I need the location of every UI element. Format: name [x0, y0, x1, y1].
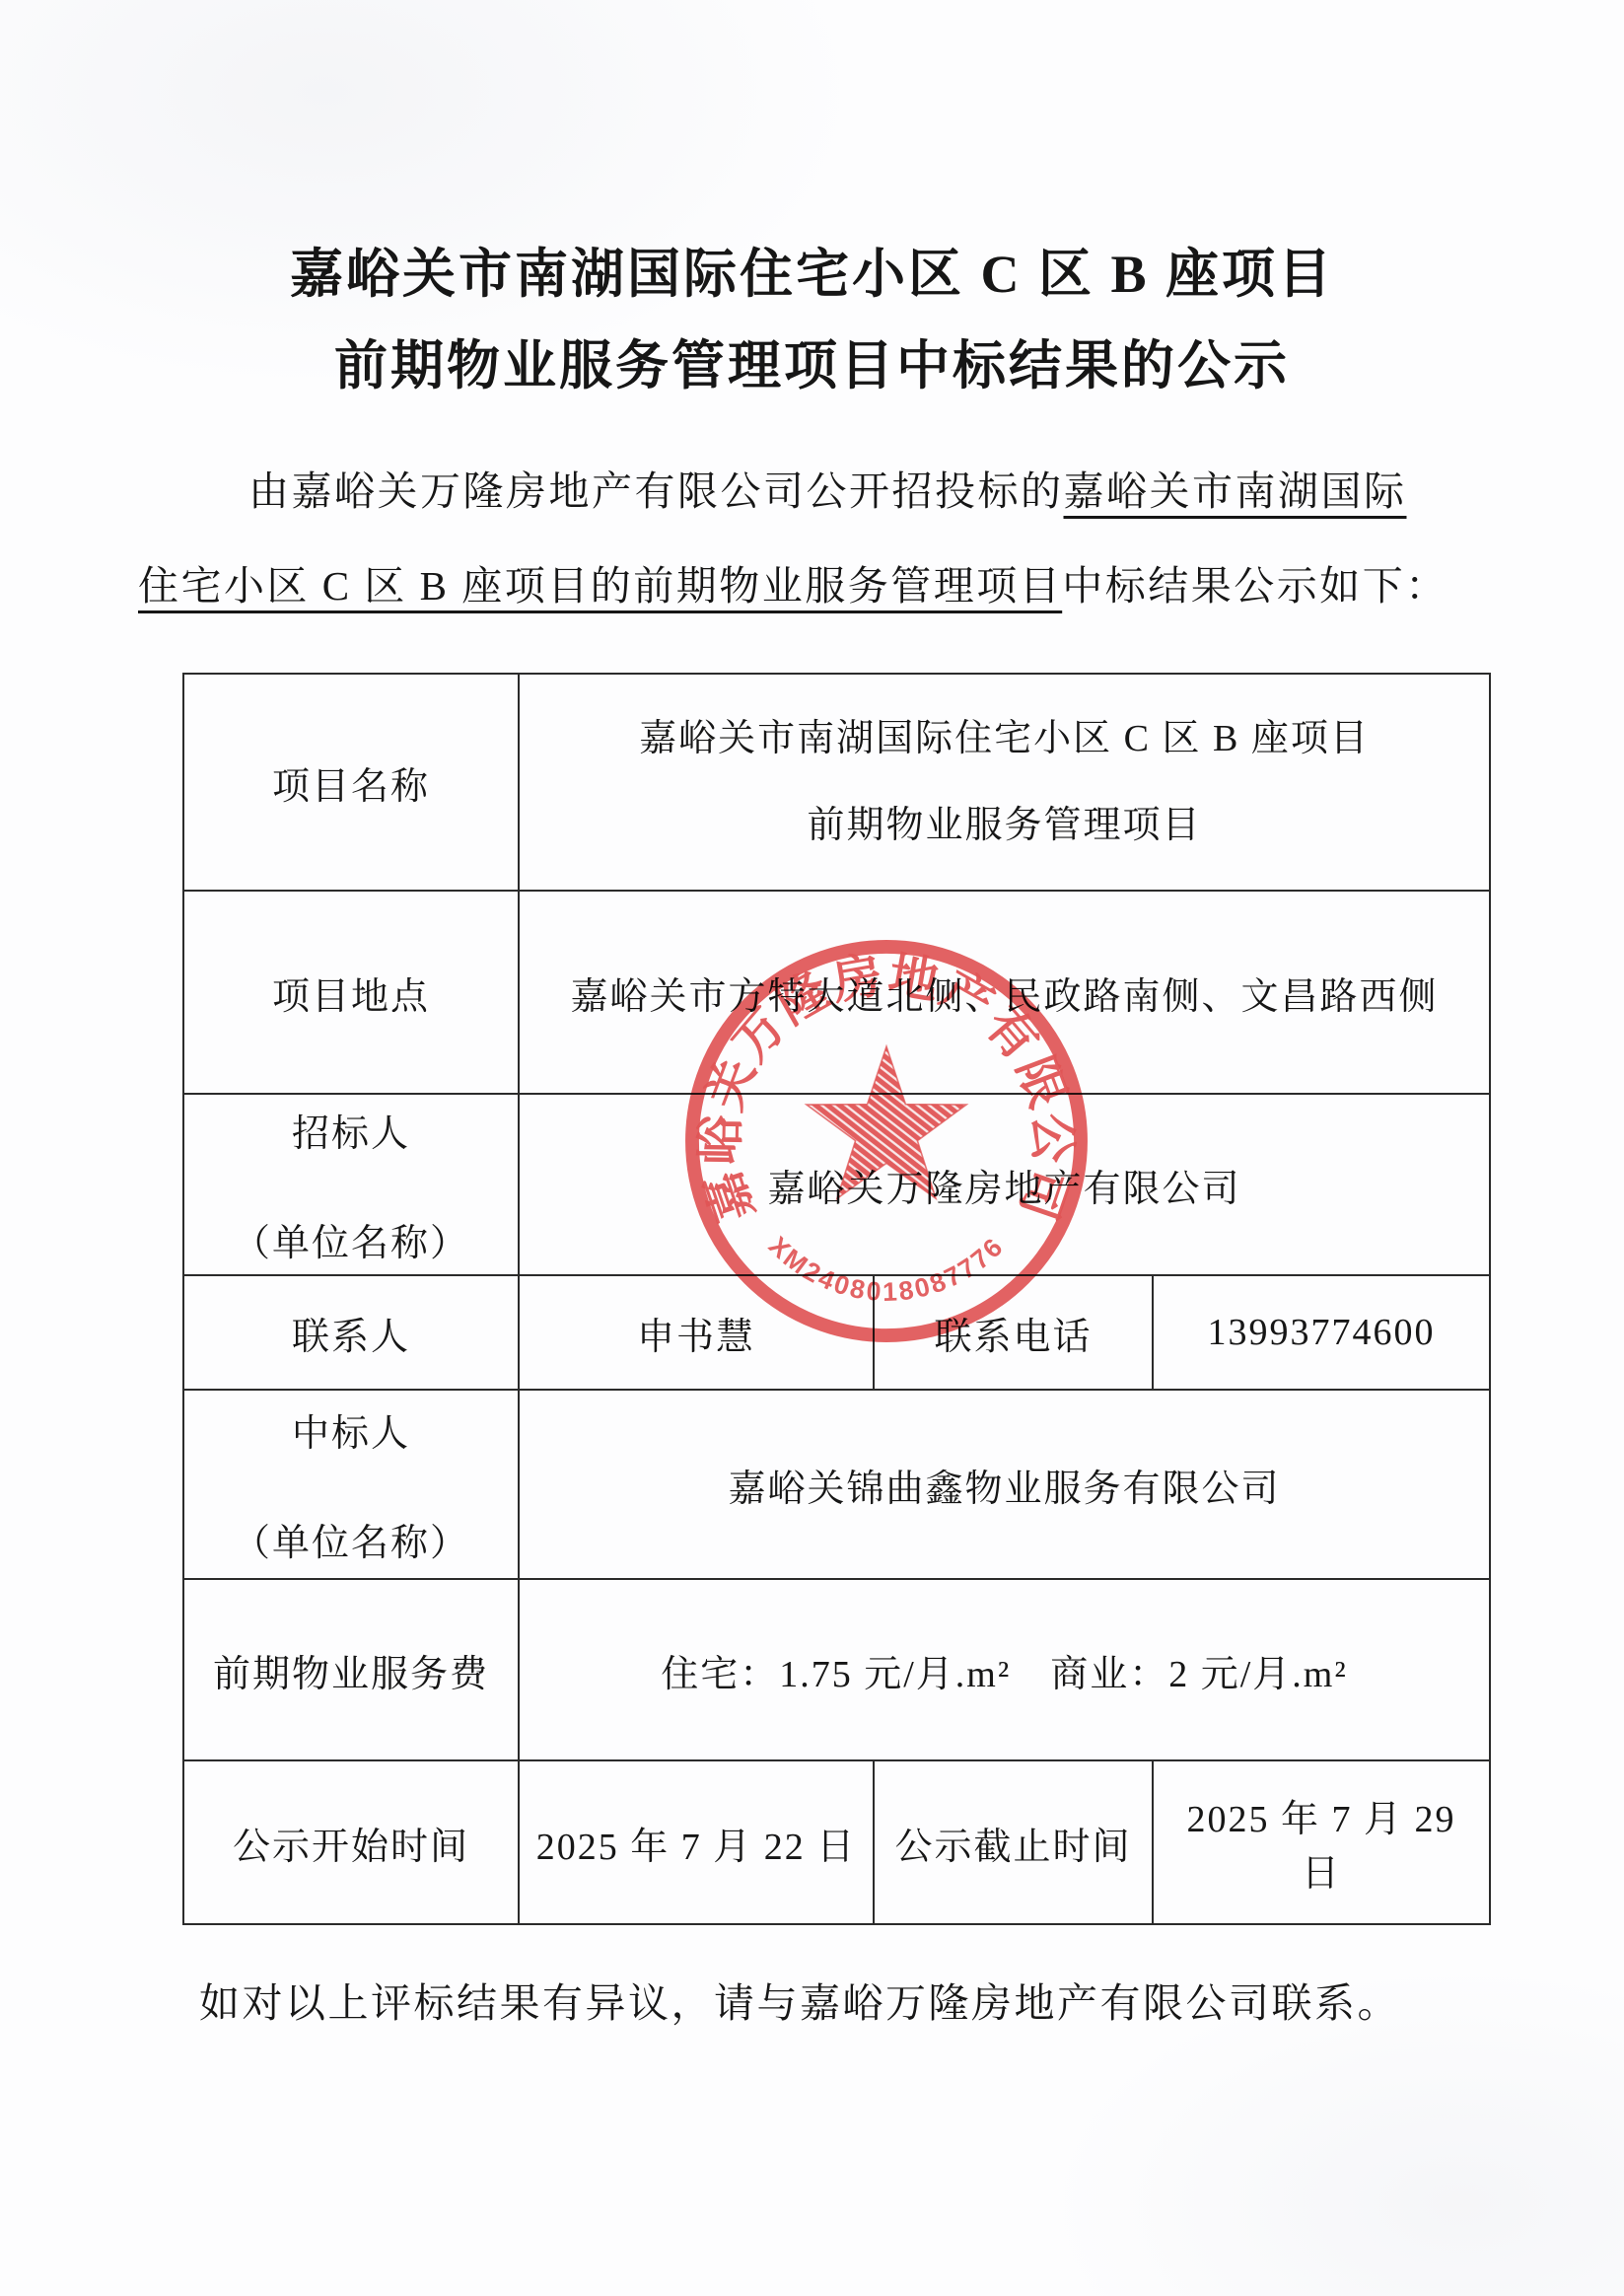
- label-contact-person: 联系人: [184, 1276, 520, 1391]
- label-publicity-start: 公示开始时间: [184, 1761, 520, 1923]
- label-tenderer-line1: 招标人: [292, 1103, 410, 1157]
- label-winner-line2: （单位名称）: [233, 1512, 469, 1566]
- value-tenderer: 嘉峪关万隆房地产有限公司: [520, 1095, 1489, 1276]
- label-tenderer: 招标人 （单位名称）: [184, 1095, 520, 1276]
- value-publicity-end: 2025 年 7 月 29 日: [1154, 1761, 1489, 1923]
- label-winner-line1: 中标人: [292, 1402, 410, 1457]
- intro-line2-text: 中标结果公示如下：: [1062, 563, 1448, 609]
- value-project-name-line2: 前期物业服务管理项目: [807, 803, 1201, 848]
- intro-line-1: 由嘉峪关万隆房地产有限公司公开招投标的嘉峪关市南湖国际: [138, 466, 1499, 517]
- closing-note: 如对以上评标结果有异议，请与嘉峪万隆房地产有限公司联系。: [138, 1971, 1560, 2029]
- label-winner: 中标人 （单位名称）: [184, 1391, 520, 1580]
- document-page: 嘉峪关市南湖国际住宅小区 C 区 B 座项目 前期物业服务管理项目中标结果的公示…: [0, 0, 1624, 2296]
- value-contact-phone: 13993774600: [1154, 1276, 1489, 1391]
- label-project-name: 项目名称: [184, 675, 520, 892]
- label-project-location: 项目地点: [184, 892, 520, 1095]
- label-service-fee: 前期物业服务费: [184, 1580, 520, 1761]
- title-line-1: 嘉峪关市南湖国际住宅小区 C 区 B 座项目: [0, 229, 1624, 321]
- value-contact-person: 申书慧: [520, 1276, 875, 1391]
- value-service-fee: 住宅：1.75 元/月.m² 商业：2 元/月.m²: [520, 1580, 1489, 1761]
- intro-line2-underlined-text: 住宅小区 C 区 B 座项目的前期物业服务管理项目: [138, 563, 1062, 609]
- bid-result-table: 项目名称 嘉峪关市南湖国际住宅小区 C 区 B 座项目 前期物业服务管理项目 项…: [182, 673, 1491, 1925]
- label-tenderer-line2: （单位名称）: [233, 1212, 469, 1266]
- value-project-name-line1: 嘉峪关市南湖国际住宅小区 C 区 B 座项目: [639, 716, 1370, 761]
- label-contact-phone: 联系电话: [875, 1276, 1154, 1391]
- title-line-2: 前期物业服务管理项目中标结果的公示: [0, 321, 1624, 412]
- label-publicity-end: 公示截止时间: [875, 1761, 1154, 1923]
- value-winner: 嘉峪关锦曲鑫物业服务有限公司: [520, 1391, 1489, 1580]
- document-title: 嘉峪关市南湖国际住宅小区 C 区 B 座项目 前期物业服务管理项目中标结果的公示: [0, 229, 1624, 412]
- value-project-name: 嘉峪关市南湖国际住宅小区 C 区 B 座项目 前期物业服务管理项目: [520, 675, 1489, 892]
- value-publicity-start: 2025 年 7 月 22 日: [520, 1761, 875, 1923]
- intro-line1-underlined-text: 嘉峪关市南湖国际: [1064, 468, 1407, 514]
- value-project-location: 嘉峪关市方特大道北侧、民政路南侧、文昌路西侧: [520, 892, 1489, 1095]
- intro-line1-text: 由嘉峪关万隆房地产有限公司公开招投标的: [248, 468, 1064, 514]
- intro-line-2: 住宅小区 C 区 B 座项目的前期物业服务管理项目中标结果公示如下：: [138, 560, 1499, 611]
